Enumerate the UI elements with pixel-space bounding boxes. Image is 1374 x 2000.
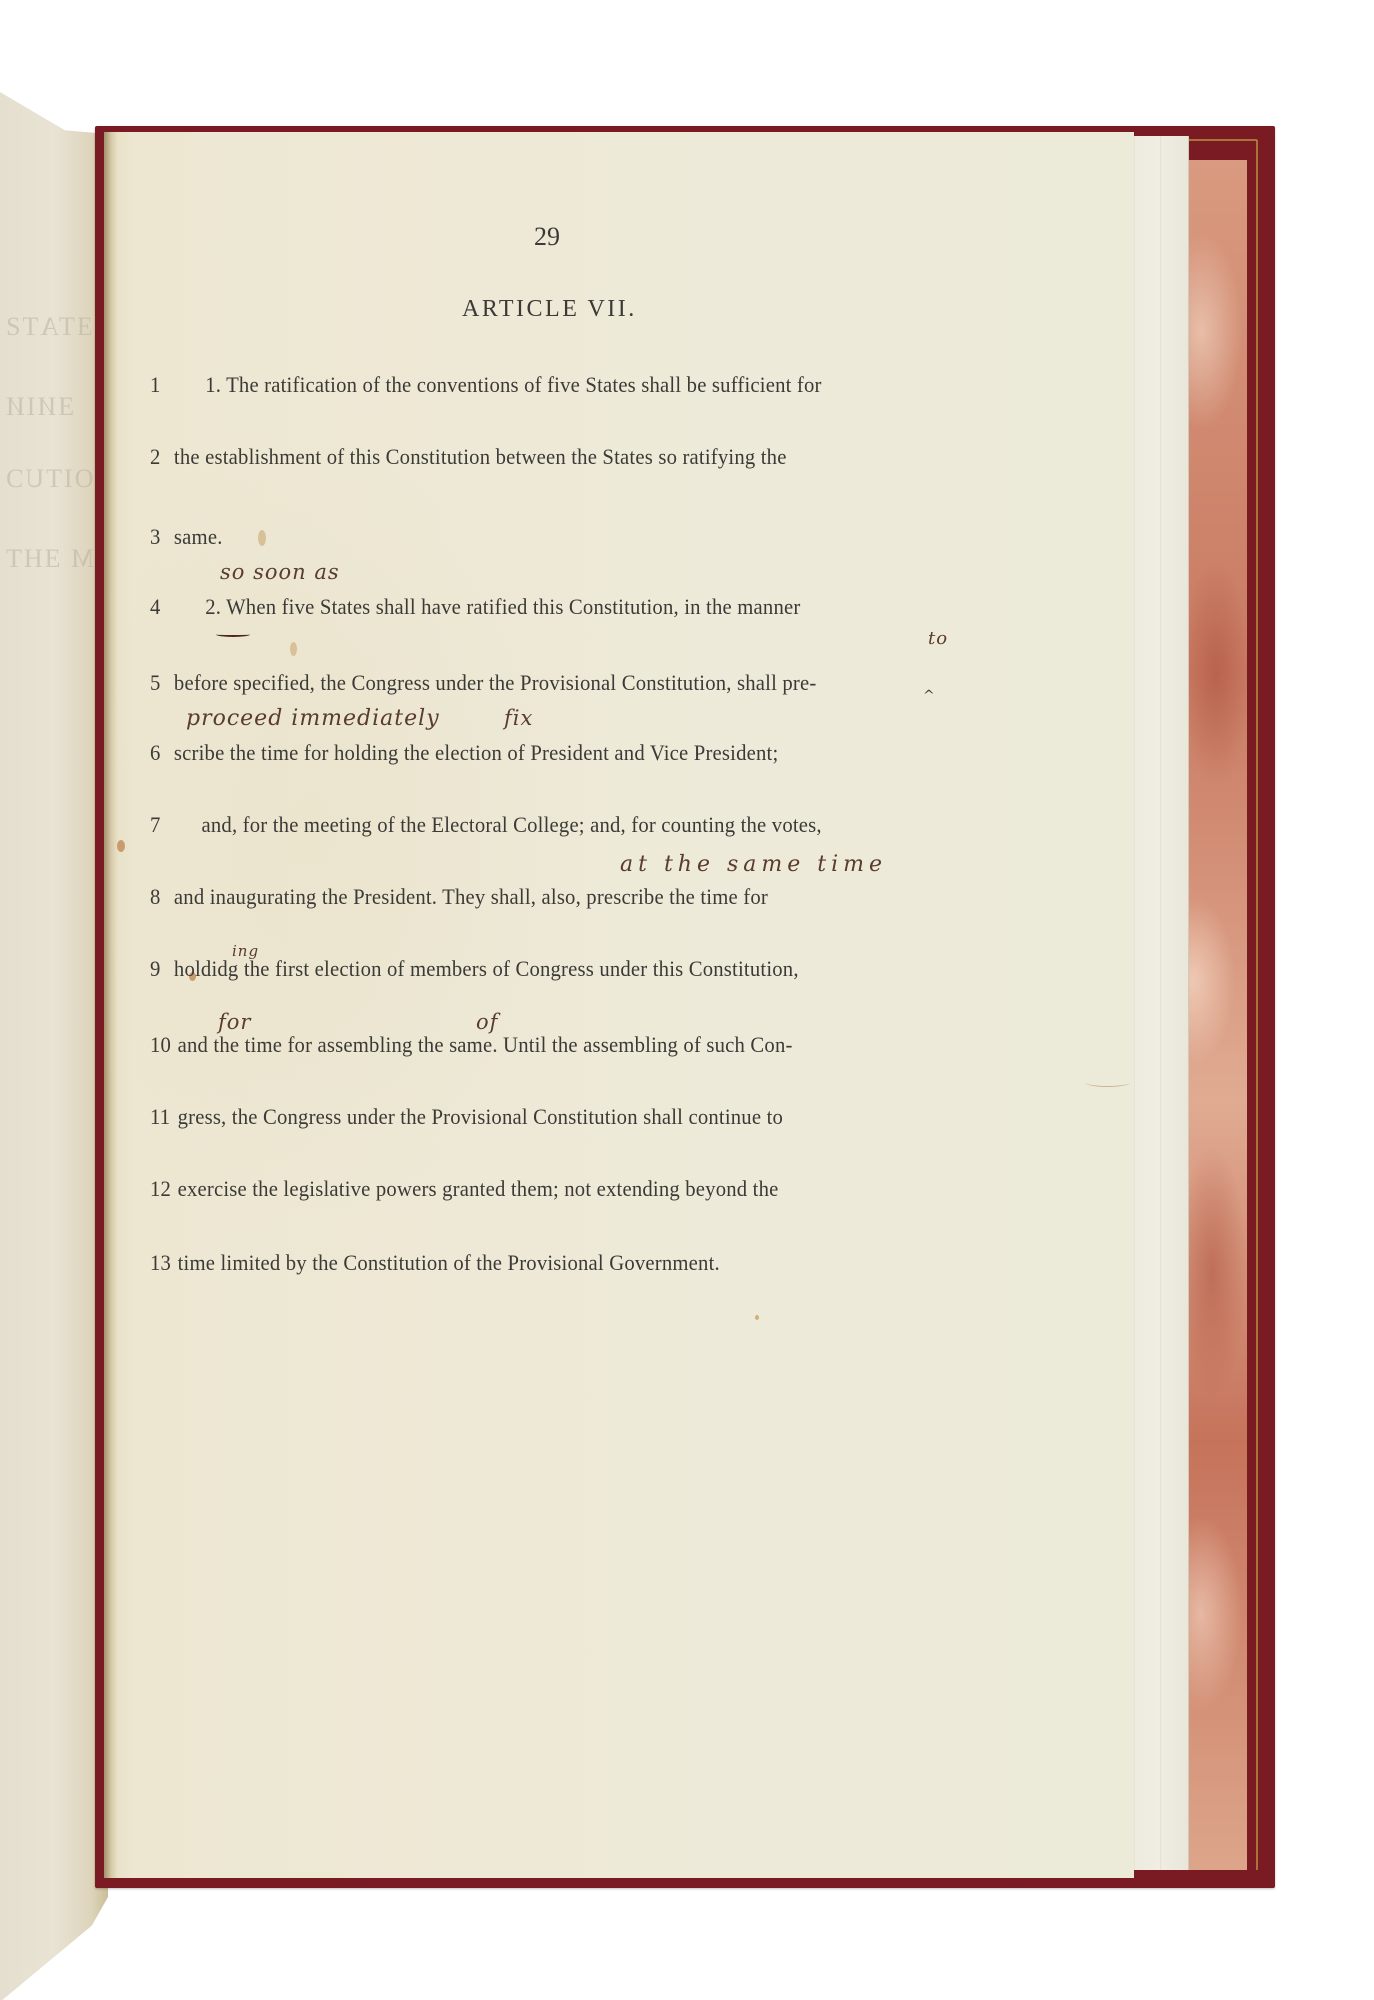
line-number: 3	[150, 524, 174, 550]
line-number: 12	[150, 1176, 178, 1202]
text-line-1: 1 1. The ratification of the conventions…	[150, 372, 895, 398]
handwritten-annotation: fix	[504, 706, 533, 730]
text-line-4: 4 2. When five States shall have ratifie…	[150, 594, 895, 620]
line-number: 11	[150, 1104, 178, 1130]
text-line-10: 10 and the time for assembling the same.…	[150, 1032, 895, 1058]
line-number: 2	[150, 444, 174, 470]
line-number: 9	[150, 956, 174, 982]
text-line-11: 11 gress, the Congress under the Provisi…	[150, 1104, 895, 1130]
line-number: 4	[150, 594, 174, 620]
line-number: 1	[150, 372, 174, 398]
line-text: 2. When five States shall have ratified …	[174, 594, 895, 620]
text-line-7: 7 and, for the meeting of the Electoral …	[150, 812, 895, 838]
text-line-3: 3 same.	[150, 524, 895, 550]
handwritten-annotation: proceed immediately	[186, 706, 440, 731]
bleed-through-text: M ƎHT	[4, 544, 94, 574]
line-text: and inaugurating the President. They sha…	[174, 884, 895, 910]
text-line-2: 2 the establishment of this Constitution…	[150, 444, 895, 470]
line-text: gress, the Congress under the Provisiona…	[178, 1104, 896, 1130]
handwritten-annotation: for	[218, 1010, 251, 1034]
handwritten-annotation: so soon as	[220, 560, 340, 584]
handwritten-annotation: to	[928, 628, 948, 649]
line-text: exercise the legislative powers granted …	[178, 1176, 896, 1202]
line-number: 5	[150, 670, 174, 696]
line-text: time limited by the Constitution of the …	[178, 1250, 896, 1276]
line-text: same.	[174, 524, 895, 550]
bleed-through-text: ЅƎTAТƧ	[4, 312, 109, 342]
text-line-9: 9 holdidg the first election of members …	[150, 956, 895, 982]
handwritten-annotation: of	[476, 1010, 498, 1034]
handwritten-annotation: at the same time	[620, 852, 887, 877]
page-number: 29	[534, 222, 560, 252]
line-text: and, for the meeting of the Electoral Co…	[174, 812, 895, 838]
paper-stain	[290, 642, 297, 656]
handwritten-underline	[216, 632, 250, 637]
line-text: holdidg the first election of members of…	[174, 956, 895, 982]
handwritten-caret: ^	[923, 688, 936, 704]
line-number: 6	[150, 740, 174, 766]
text-line-12: 12 exercise the legislative powers grant…	[150, 1176, 895, 1202]
bleed-through-text: ƎИIИ	[4, 392, 74, 422]
line-text: scribe the time for holding the election…	[174, 740, 895, 766]
left-facing-page: ЅƎTAТƧ ƎИIИ ИOITUƆ M ƎHT	[0, 92, 108, 2000]
paper-stain	[755, 1315, 759, 1320]
line-number: 8	[150, 884, 174, 910]
line-text: 1. The ratification of the conventions o…	[174, 372, 895, 398]
text-line-6: 6 scribe the time for holding the electi…	[150, 740, 895, 766]
line-number: 7	[150, 812, 174, 838]
line-text: before specified, the Congress under the…	[174, 670, 895, 696]
gilt-border-line	[1256, 140, 1258, 1870]
gutter-shadow	[104, 132, 118, 1878]
line-text: the establishment of this Constitution b…	[174, 444, 895, 470]
text-line-5: 5 before specified, the Congress under t…	[150, 670, 895, 696]
line-number: 13	[150, 1250, 178, 1276]
text-line-8: 8 and inaugurating the President. They s…	[150, 884, 895, 910]
text-line-13: 13 time limited by the Constitution of t…	[150, 1250, 895, 1276]
line-text: and the time for assembling the same. Un…	[178, 1032, 896, 1058]
paper-crease	[1085, 1078, 1130, 1087]
line-number: 10	[150, 1032, 178, 1058]
foxing-spot	[117, 840, 125, 852]
handwritten-annotation: ing	[232, 942, 259, 960]
article-title: ARTICLE VII.	[462, 296, 637, 323]
